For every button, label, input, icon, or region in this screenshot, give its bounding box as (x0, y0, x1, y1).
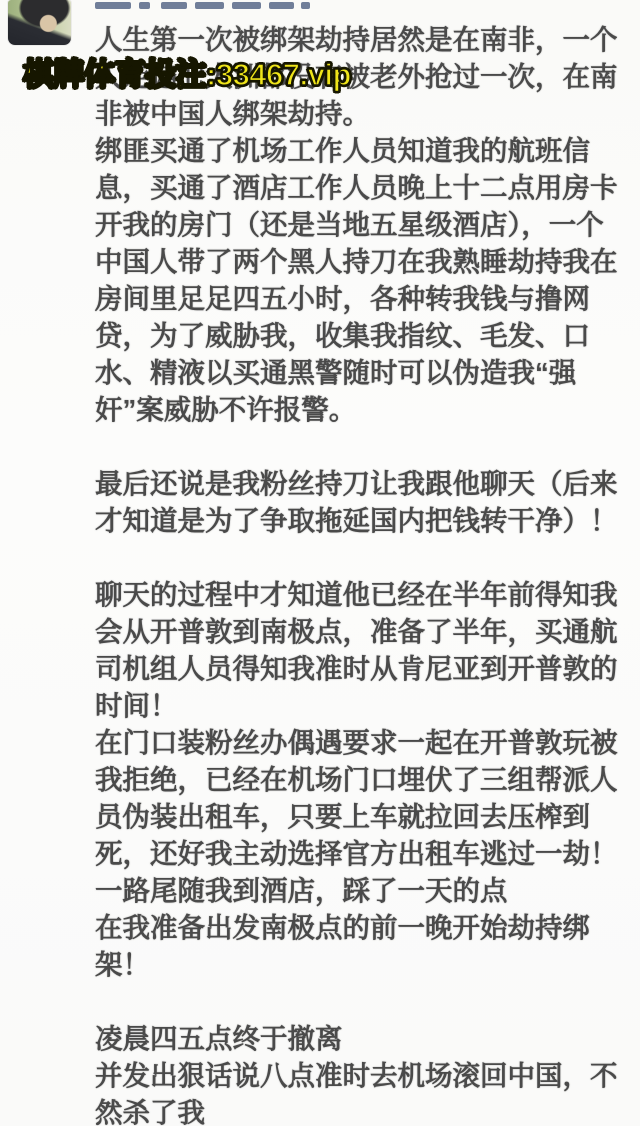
username-fragment (95, 2, 131, 9)
post-paragraph: 凌晨四五点终于撤离 并发出狠话说八点准时去机场滚回中国，不然杀了我 (95, 1020, 626, 1126)
avatar[interactable] (8, 0, 71, 45)
cropped-username-text[interactable] (95, 0, 325, 10)
post-line: 最后还说是我粉丝持刀让我跟他聊天（后来才知道是为了争取拖延国内把钱转干净）！ (95, 465, 626, 539)
post-line: 凌晨四五点终于撤离 (95, 1020, 626, 1057)
post-body: 人生第一次被绑架劫持居然是在南非，一个人走遍七大洲都没有被老外抢过一次，在南非被… (95, 21, 626, 1126)
post-paragraph: 聊天的过程中才知道他已经在半年前得知我会从开普敦到南极点，准备了半年，买通航司机… (95, 576, 626, 983)
post-line: 一路尾随我到酒店，踩了一天的点 (95, 872, 626, 909)
post-line: 聊天的过程中才知道他已经在半年前得知我会从开普敦到南极点，准备了半年，买通航司机… (95, 576, 626, 724)
post-screenshot: 人生第一次被绑架劫持居然是在南非，一个人走遍七大洲都没有被老外抢过一次，在南非被… (0, 0, 640, 1126)
username-fragment (195, 2, 224, 9)
post-line: 在我准备出发南极点的前一晚开始劫持绑架！ (95, 909, 626, 983)
post-paragraph: 最后还说是我粉丝持刀让我跟他聊天（后来才知道是为了争取拖延国内把钱转干净）！ (95, 465, 626, 539)
post-line: 绑匪买通了机场工作人员知道我的航班信息，买通了酒店工作人员晚上十二点用房卡开我的… (95, 132, 626, 428)
username-fragment (232, 2, 261, 9)
gambling-watermark: 棋牌体育投注:33467.vip (23, 55, 351, 95)
username-fragment (139, 2, 150, 9)
username-fragment (161, 2, 187, 9)
username-fragment (301, 2, 310, 9)
post-line: 在门口装粉丝办偶遇要求一起在开普敦玩被我拒绝，已经在机场门口埋伏了三组帮派人员伪… (95, 724, 626, 872)
post-line: 并发出狠话说八点准时去机场滚回中国，不然杀了我 (95, 1057, 626, 1126)
username-fragment (269, 2, 294, 9)
